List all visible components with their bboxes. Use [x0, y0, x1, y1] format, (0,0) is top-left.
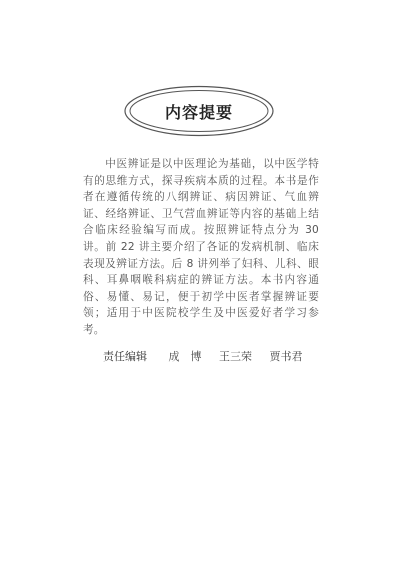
book-page: 内容提要 中医辨证是以中医理论为基础，以中医学特有的思维方式，探寻疾病本质的过程… [0, 0, 398, 572]
editor-name: 王三荣 [219, 350, 252, 363]
title-badge: 内容提要 [123, 85, 275, 137]
editor-credits: 责任编辑 成 博 王三荣 贾书君 [103, 348, 333, 364]
section-title: 内容提要 [123, 85, 275, 137]
summary-paragraph: 中医辨证是以中医理论为基础，以中医学特有的思维方式，探寻疾病本质的过程。本书是作… [83, 156, 319, 339]
editor-name: 贾书君 [270, 350, 303, 363]
editor-name: 成 博 [169, 350, 202, 363]
editor-label: 责任编辑 [103, 350, 147, 363]
